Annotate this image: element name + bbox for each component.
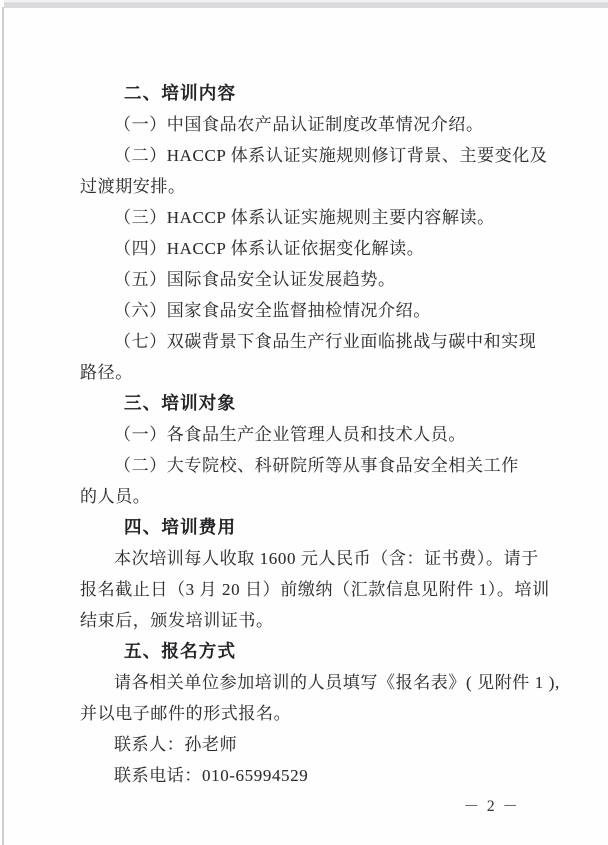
body-text-line: 联系人：孙老师 — [80, 729, 536, 760]
body-text-line: （三）HACCP 体系认证实施规则主要内容解读。 — [80, 202, 536, 233]
body-text-line: 路径。 — [80, 357, 536, 388]
body-text-line: （四）HACCP 体系认证依据变化解读。 — [80, 233, 536, 264]
body-text-line: 请各相关单位参加培训的人员填写《报名表》( 见附件 1 ), — [80, 667, 536, 698]
body-text-line: （一）中国食品农产品认证制度改革情况介绍。 — [80, 109, 536, 140]
body-text-line: （七）双碳背景下食品生产行业面临挑战与碳中和实现 — [80, 326, 536, 357]
body-text-line: （五）国际食品安全认证发展趋势。 — [80, 264, 536, 295]
section-heading: 四、培训费用 — [80, 512, 536, 543]
scan-background-strip — [4, 0, 608, 8]
document-body: 二、培训内容（一）中国食品农产品认证制度改革情况介绍。（二）HACCP 体系认证… — [80, 78, 536, 791]
section-heading: 二、培训内容 — [80, 78, 536, 109]
body-text-line: 的人员。 — [80, 481, 536, 512]
section-heading: 三、培训对象 — [80, 388, 536, 419]
body-text-line: 结束后，颁发培训证书。 — [80, 605, 536, 636]
body-text-line: 联系电话：010-65994529 — [80, 760, 536, 791]
body-text-line: （一）各食品生产企业管理人员和技术人员。 — [80, 419, 536, 450]
document-page: 二、培训内容（一）中国食品农产品认证制度改革情况介绍。（二）HACCP 体系认证… — [4, 8, 608, 845]
body-text-line: （六）国家食品安全监督抽检情况介绍。 — [80, 295, 536, 326]
body-text-line: （二）大专院校、科研院所等从事食品安全相关工作 — [80, 450, 536, 481]
body-text-line: 并以电子邮件的形式报名。 — [80, 698, 536, 729]
body-text-line: 报名截止日（3 月 20 日）前缴纳（汇款信息见附件 1）。培训 — [80, 574, 536, 605]
body-text-line: （二）HACCP 体系认证实施规则修订背景、主要变化及 — [80, 140, 536, 171]
body-text-line: 本次培训每人收取 1600 元人民币（含：证书费）。请于 — [80, 543, 536, 574]
page-number: － 2 － — [463, 791, 520, 822]
section-heading: 五、报名方式 — [80, 636, 536, 667]
body-text-line: 过渡期安排。 — [80, 171, 536, 202]
